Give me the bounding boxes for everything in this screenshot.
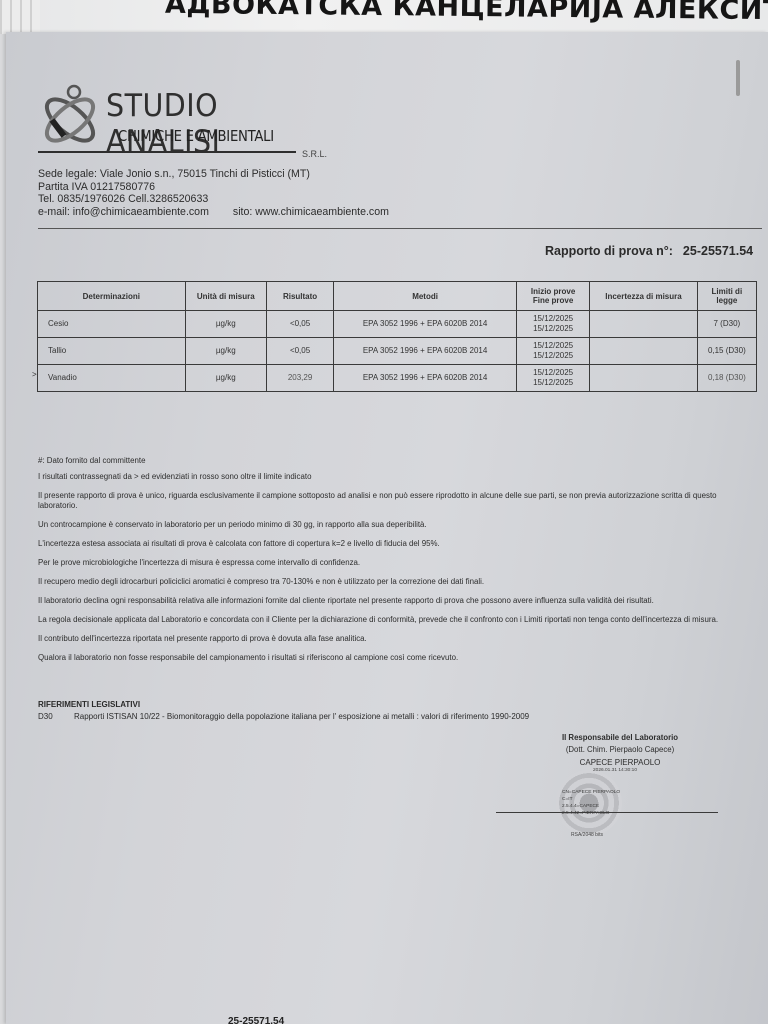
stamp-line: C=IT — [562, 797, 573, 802]
cell-limit: 7 (D30) — [697, 311, 756, 338]
table-row: Vanadio µg/kg 203,29 EPA 3052 1996 + EPA… — [38, 365, 757, 392]
cell-uncertainty — [590, 311, 697, 338]
signature-role: Il Responsabile del Laboratorio — [500, 733, 740, 742]
stamp-line: 2.5.4.4=CAPECE — [562, 804, 599, 809]
header-date-end: Fine prove — [533, 296, 573, 305]
over-limit-marker: > — [32, 370, 37, 379]
company-logo: STUDIO ANALISI CHIMICHE E AMBIENTALI — [36, 80, 336, 160]
cell-unit: µg/kg — [185, 365, 266, 392]
cell-dates: 15/12/202515/12/2025 — [516, 365, 589, 392]
signature-algorithm: RSA/2048 bits — [571, 832, 603, 838]
reference-text: Rapporti ISTISAN 10/22 - Biomonitoraggio… — [74, 712, 529, 721]
results-table: Determinazioni Unità di misura Risultato… — [37, 281, 757, 392]
cell-dates: 15/12/202515/12/2025 — [516, 311, 589, 338]
note: Per le prove microbiologiche l'incertezz… — [38, 558, 758, 568]
header-unita: Unità di misura — [185, 282, 266, 311]
signature-timestamp: 2026.01.31 14:30:10 — [593, 768, 637, 773]
cell-result: 203,29 — [266, 365, 333, 392]
cell-start: 15/12/2025 — [533, 341, 573, 350]
header-determinazioni: Determinazioni — [38, 282, 186, 311]
logo-divider — [38, 151, 296, 153]
cell-end: 15/12/2025 — [533, 378, 573, 387]
header-limiti-2: legge — [716, 296, 737, 305]
header-limiti-1: Limiti di — [712, 287, 743, 296]
reference-item: D30Rapporti ISTISAN 10/22 - Biomonitorag… — [38, 712, 529, 721]
sign-text: АДВОКАТСКА КАНЦЕЛАРИЈА АЛЕКСИТ — [165, 0, 768, 26]
report-number-value: 25-25571.54 — [683, 244, 753, 258]
website: sito: www.chimicaeambiente.com — [233, 206, 389, 218]
cell-start: 15/12/2025 — [533, 314, 573, 323]
note: Qualora il laboratorio non fosse respons… — [38, 653, 758, 663]
cell-dates: 15/12/202515/12/2025 — [516, 338, 589, 365]
company-suffix: S.R.L. — [302, 149, 327, 159]
phone: Tel. 0835/1976026 Cell.3286520633 — [38, 193, 389, 206]
note: Il contributo dell'incertezza riportata … — [38, 634, 758, 644]
cell-result: <0,05 — [266, 311, 333, 338]
wall-panel — [0, 0, 40, 34]
company-subtitle: CHIMICHE E AMBIENTALI — [118, 127, 274, 145]
pin-mark — [736, 60, 740, 96]
note: Il recupero medio degli idrocarburi poli… — [38, 577, 758, 587]
report-notes: #: Dato fornito dal committente I risult… — [38, 456, 758, 672]
stamp-line: CN=CAPECE PIERPAOLO — [562, 790, 620, 795]
note: Il presente rapporto di prova è unico, r… — [38, 491, 758, 511]
signature-block: Il Responsabile del Laboratorio (Dott. C… — [500, 733, 740, 767]
company-name: STUDIO ANALISI — [106, 88, 318, 160]
cell-uncertainty — [590, 365, 697, 392]
signature-signer: CAPECE PIERPAOLO — [500, 758, 740, 767]
cell-name: Cesio — [38, 311, 186, 338]
header-date-start: Inizio prove — [531, 287, 575, 296]
header-limiti: Limiti dilegge — [697, 282, 756, 311]
digital-signature-stamp-icon — [556, 770, 622, 836]
references-title: RIFERIMENTI LEGISLATIVI — [38, 700, 529, 709]
background-office-sign: АДВОКАТСКА КАНЦЕЛАРИЈА АЛЕКСИТ — [0, 0, 768, 34]
table-row: Tallio µg/kg <0,05 EPA 3052 1996 + EPA 6… — [38, 338, 757, 365]
cell-unit: µg/kg — [185, 338, 266, 365]
cell-limit: 0,18 (D30) — [697, 365, 756, 392]
cell-method: EPA 3052 1996 + EPA 6020B 2014 — [334, 365, 517, 392]
note: #: Dato fornito dal committente — [38, 456, 758, 466]
header-incertezza: Incertezza di misura — [590, 282, 697, 311]
cell-method: EPA 3052 1996 + EPA 6020B 2014 — [334, 338, 517, 365]
legislative-references: RIFERIMENTI LEGISLATIVI D30Rapporti ISTI… — [38, 700, 529, 721]
note: L'incertezza estesa associata ai risulta… — [38, 539, 758, 549]
cell-result: <0,05 — [266, 338, 333, 365]
signature-name: (Dott. Chim. Pierpaolo Capece) — [500, 745, 740, 754]
footer-report-number: 25-25571.54 — [228, 1016, 284, 1024]
cell-start: 15/12/2025 — [533, 368, 573, 377]
vat-number: Partita IVA 01217580776 — [38, 181, 389, 194]
cell-name: Tallio — [38, 338, 186, 365]
reference-code: D30 — [38, 712, 74, 721]
email: e-mail: info@chimicaeambiente.com — [38, 206, 209, 218]
note: La regola decisionale applicata dal Labo… — [38, 615, 758, 625]
atom-orbit-logo-icon — [36, 80, 108, 152]
report-number: Rapporto di prova n°:25-25571.54 — [545, 244, 753, 258]
note: I risultati contrassegnati da > ed evide… — [38, 472, 758, 482]
report-label: Rapporto di prova n°: — [545, 244, 673, 258]
note: Un controcampione è conservato in labora… — [38, 520, 758, 530]
signature-line — [496, 812, 718, 813]
table-row: Cesio µg/kg <0,05 EPA 3052 1996 + EPA 60… — [38, 311, 757, 338]
header-dates: Inizio proveFine prove — [516, 282, 589, 311]
table-header-row: Determinazioni Unità di misura Risultato… — [38, 282, 757, 311]
header-metodi: Metodi — [334, 282, 517, 311]
address: Sede legale: Viale Jonio s.n., 75015 Tin… — [38, 168, 389, 181]
cell-unit: µg/kg — [185, 311, 266, 338]
cell-name: Vanadio — [38, 365, 186, 392]
header-risultato: Risultato — [266, 282, 333, 311]
header-divider — [38, 228, 762, 229]
company-contacts: Sede legale: Viale Jonio s.n., 75015 Tin… — [38, 168, 389, 218]
cell-end: 15/12/2025 — [533, 351, 573, 360]
note: Il laboratorio declina ogni responsabili… — [38, 596, 758, 606]
cell-method: EPA 3052 1996 + EPA 6020B 2014 — [334, 311, 517, 338]
cell-limit: 0,15 (D30) — [697, 338, 756, 365]
cell-end: 15/12/2025 — [533, 324, 573, 333]
cell-uncertainty — [590, 338, 697, 365]
